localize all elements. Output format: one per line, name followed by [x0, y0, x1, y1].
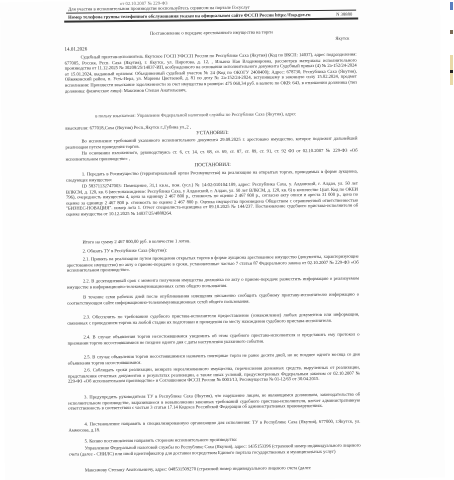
- item-number: 2.: [83, 248, 87, 253]
- item-text: Управлению Федеральной налоговой службы …: [69, 443, 361, 457]
- item-text: Итого на сумму 2 467 800,00 руб. в колич…: [82, 238, 190, 244]
- document-date: 14.01.2026: [64, 47, 87, 53]
- claimant-line: в пользу взыскателя: Управление Федераль…: [65, 111, 357, 120]
- item-number: 4.: [84, 421, 88, 426]
- item-2-2-notice: В течение семи рабочих дней после опубли…: [67, 292, 359, 306]
- item-text: В десятидневный срок с момента получения…: [67, 276, 359, 290]
- edge-mark: [450, 2, 453, 10]
- item-number: 2.5.: [84, 354, 91, 359]
- item-2-6: 2.6. Соблюдать сроки реализации, возврат…: [68, 365, 360, 385]
- item-number: 1.: [82, 171, 86, 176]
- item-2-4: 2.4. В случае объявления торгов несостоя…: [67, 332, 359, 346]
- legal-basis: На основании изложенного, руководствуясь…: [66, 148, 358, 162]
- edge-mark: [450, 30, 453, 34]
- item-text: В случае объявления торгов несостоявшими…: [68, 352, 360, 366]
- item-2-2: 2.2. В десятидневный срок с момента полу…: [67, 276, 359, 290]
- item-4: 4. Постановление направить в специализир…: [68, 419, 360, 433]
- item-text: Предупредить руководителя ТУ в Республик…: [68, 392, 360, 411]
- item-2-1: 2.1. Принять на реализацию путем проведе…: [67, 254, 359, 274]
- item-number: 2.3.: [83, 314, 90, 319]
- item-2-5: 2.5. В случае объявления торгов несостоя…: [68, 352, 360, 366]
- scanned-document-page: от 02.10.2007 № 229-ФЗ Для участия в исп…: [0, 0, 445, 480]
- document-title: Постановление о передаче арестованного и…: [66, 29, 356, 37]
- intro-paragraph: Судебный пристав-исполнитель Якутское ГО…: [65, 52, 357, 94]
- item-number: 3.: [84, 394, 88, 399]
- property-description: ID 58371132747003: Помещение, 31,1 кв.м.…: [66, 181, 358, 218]
- recipient-tax-service: Управлению Федеральной налоговой службы …: [69, 443, 361, 457]
- item-text: Постановление направить в специализирова…: [68, 419, 360, 433]
- item-text: В течение семи рабочих дней после опубли…: [67, 292, 359, 306]
- item-number: 2.1.: [83, 256, 90, 261]
- item-number: 2.2.: [83, 278, 90, 283]
- item-text: ID 58371132747003: Помещение, 31,1 кв.м.…: [66, 181, 358, 217]
- item-number: 2.4.: [83, 334, 90, 339]
- item-text: Соблюдать сроки реализации, возврата нер…: [68, 365, 360, 384]
- item-text: Обязать ТУ в Республике Саха (Якутия):: [87, 248, 167, 254]
- item-number: 2.6.: [84, 367, 91, 372]
- item-number: 5.: [85, 438, 89, 443]
- claimant-address: взыскателя: 677018,Саха (Якутия) Респ.,Я…: [65, 124, 191, 131]
- document-number: N 38880: [336, 12, 352, 18]
- lots-total: Итого на сумму 2 467 800,00 руб. в колич…: [67, 237, 359, 246]
- recipient-debtor: Максимову Степану Анатольевичу, адрес: 0…: [69, 465, 361, 474]
- item-text: Обеспечить по требованию судебного прист…: [67, 312, 359, 326]
- item-text: Максимову Степану Анатольевичу, адрес: 0…: [85, 465, 311, 472]
- edge-mark: [450, 70, 453, 73]
- item-text: В случае объявления торгов несостоявшими…: [68, 332, 360, 346]
- adjacent-window-edge: [448, 0, 454, 480]
- item-3: 3. Предупредить руководителя ТУ в Респуб…: [68, 392, 360, 412]
- item-text: Принять на реализацию путем проведения о…: [67, 254, 359, 273]
- item-2: 2. Обязать ТУ в Республике Саха (Якутия)…: [67, 246, 359, 255]
- document-city: Якутск: [335, 36, 349, 42]
- item-text: Копию постановления направить сторонам и…: [89, 437, 237, 444]
- item-2-3: 2.3. Обеспечить по требованию судебного …: [67, 312, 359, 326]
